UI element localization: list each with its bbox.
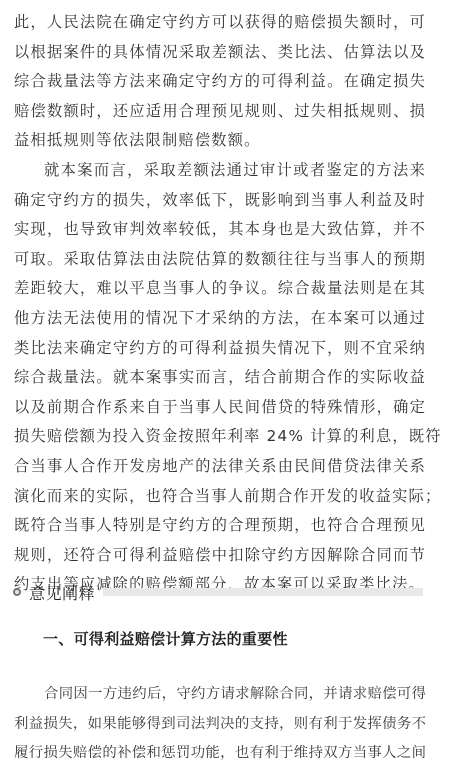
circle-bullet-icon: [13, 588, 21, 596]
text-line: 益相抵规则等依法限制赔偿数额。: [14, 126, 426, 156]
text-line: 合当事人合作开发房地产的法律关系由民间借贷法律关系: [14, 452, 426, 482]
subheading: 一、可得利益赔偿计算方法的重要性: [43, 628, 288, 649]
paragraph-2: 就本案而言，采取差额法通过审计或者鉴定的方法来 确定守约方的损失，效率低下，既影…: [14, 156, 426, 600]
text-line: 他方法无法使用的情况下才采纳的方法，在本案可以通过: [14, 304, 426, 334]
text-line: 以根据案件的具体情况采取差额法、类比法、估算法以及: [14, 38, 426, 68]
paragraph-3: 合同因一方违约后，守约方请求解除合同，并请求赔偿可得 利益损失，如果能够得到司法…: [14, 680, 426, 769]
text-line: 演化而来的实际，也符合当事人前期合作开发的收益实际；: [14, 482, 426, 512]
section-title: 意见阐释: [29, 581, 95, 604]
text-line: 可取。采取估算法由法院估算的数额往往与当事人的预期: [14, 245, 426, 275]
text-line: 综合裁量法等方法来确定守约方的可得利益。在确定损失: [14, 67, 426, 97]
text-line: 利益损失，如果能够得到司法判决的支持，则有利于发挥债务不: [14, 710, 426, 740]
text-line: 以及前期合作系来自于当事人民间借贷的特殊情形，确定: [14, 393, 426, 423]
section-divider-bar: [103, 588, 423, 596]
text-line: 确定守约方的损失，效率低下，既影响到当事人利益及时: [14, 186, 426, 216]
text-line: 既符合当事人特别是守约方的合理预期，也符合合理预见: [14, 511, 426, 541]
document-page: 此，人民法院在确定守约方可以获得的赔偿损失额时，可 以根据案件的具体情况采取差额…: [0, 0, 452, 774]
text-line: 此，人民法院在确定守约方可以获得的赔偿损失额时，可: [14, 8, 426, 38]
text-line: 实现，也导致审判效率较低，其本身也是大致估算，并不: [14, 215, 426, 245]
text-line: 合同因一方违约后，守约方请求解除合同，并请求赔偿可得: [14, 680, 426, 710]
text-line: 规则，还符合可得利益赔偿中扣除守约方因解除合同而节: [14, 541, 426, 571]
text-line: 差距较大，难以平息当事人的争议。综合裁量法则是在其: [14, 274, 426, 304]
text-line: 综合裁量法。就本案事实而言，结合前期合作的实际收益: [14, 363, 426, 393]
text-line: 赔偿数额时，还应适用合理预见规则、过失相抵规则、损: [14, 97, 426, 127]
paragraph-1: 此，人民法院在确定守约方可以获得的赔偿损失额时，可 以根据案件的具体情况采取差额…: [14, 8, 426, 156]
text-line: 类比法来确定守约方的可得利益损失情况下，则不宜采纳: [14, 334, 426, 364]
text-line: 就本案而言，采取差额法通过审计或者鉴定的方法来: [14, 156, 426, 186]
section-header: 意见阐释: [13, 580, 423, 604]
text-line: 履行损失赔偿的补偿和惩罚功能，也有利于维持双方当事人之间: [14, 739, 426, 769]
text-line: 损失赔偿额为投入资金按照年利率 24% 计算的利息，既符: [14, 422, 426, 452]
